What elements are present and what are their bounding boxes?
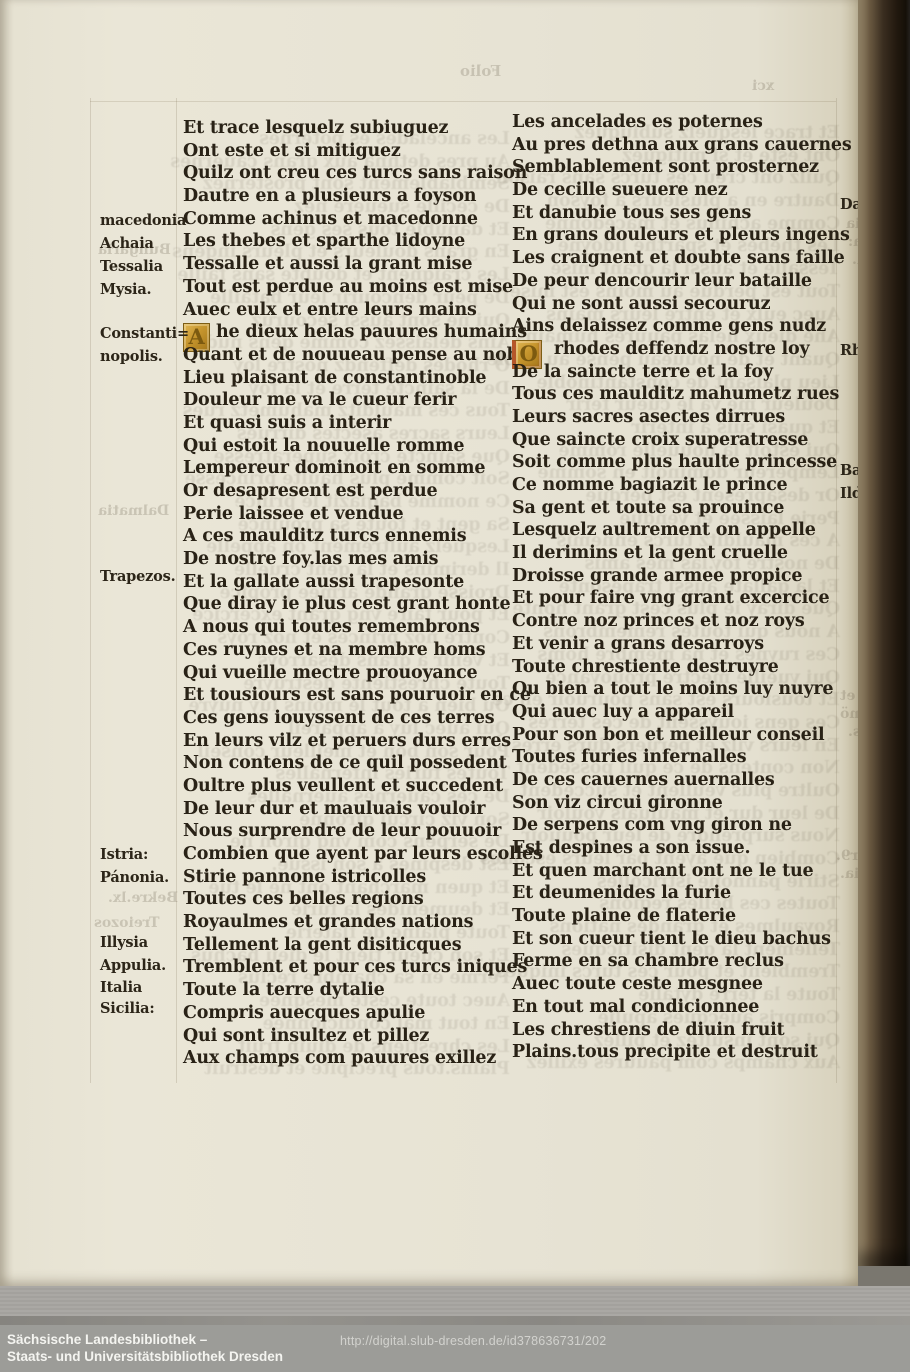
verse-line: Or desapresent est perdue <box>183 481 543 504</box>
verse-line: Plains.tous precipite et destruit <box>512 1042 852 1065</box>
margin-note: Constanti= <box>100 325 189 342</box>
verse-line: Qui estoit la nouuelle romme <box>183 436 543 459</box>
verse-line: Non contens de ce quil possedent <box>183 753 543 776</box>
verse-line: Et trace lesquelz subiuguez <box>183 118 543 141</box>
verse-line: Ce nomme bagiazit le prince <box>512 475 852 498</box>
verse-line: Qui vueille mectre prouoyance <box>183 663 543 686</box>
margin-note: Trapezos. <box>100 568 175 585</box>
verse-line: Compris auecques apulie <box>183 1003 543 1026</box>
verse-line: Ces ruynes et na membre homs <box>183 640 543 663</box>
verse-line: Qui sont insultez et pillez <box>183 1026 543 1049</box>
verse-line: Toute chrestiente destruyre <box>512 657 852 680</box>
verse-line: Combien que ayent par leurs escolles <box>183 844 543 867</box>
verse-line: O rhodes deffendz nostre loy <box>512 339 852 362</box>
verse-line: Toute la terre dytalie <box>183 980 543 1003</box>
verse-line: Et tousiours est sans pouruoir en ce <box>183 685 543 708</box>
verse-line: Au pres dethna aux grans cauernes <box>512 135 852 158</box>
verse-line: Et danubie tous ses gens <box>512 203 852 226</box>
verse-line: Ains delaissez comme gens nudz <box>512 316 852 339</box>
margin-note: nopolis. <box>100 348 163 365</box>
document-url: http://digital.slub-dresden.de/id3786367… <box>340 1334 606 1348</box>
bleedthrough-word: Folio <box>460 62 501 80</box>
verse-line: Ou bien a tout le moins luy nuyre <box>512 679 852 702</box>
verse-line: Tessalle et aussi la grant mise <box>183 254 543 277</box>
verse-line: Son viz circui gironne <box>512 793 852 816</box>
verse-line: Royaulmes et grandes nations <box>183 912 543 935</box>
verse-line: De la saincte terre et la foy <box>512 362 852 385</box>
ruling-line-left <box>90 98 91 1083</box>
verse-line: Les craignent et doubte sans faille <box>512 248 852 271</box>
scanner-cloth <box>0 1286 910 1316</box>
library-name-line1: Sächsische Landesbibliothek – <box>7 1331 283 1348</box>
margin-note: Italia <box>100 979 142 996</box>
verse-line: Contre noz princes et noz roys <box>512 611 852 634</box>
verse-line: Dautre en a plusieurs a foyson <box>183 186 543 209</box>
verse-line: Et la gallate aussi trapesonte <box>183 572 543 595</box>
verse-line: Ces gens iouyssent de ces terres <box>183 708 543 731</box>
verse-line: De peur dencourir leur bataille <box>512 271 852 294</box>
margin-note: Achaia <box>100 235 154 252</box>
verse-line: Soit comme plus haulte princesse <box>512 452 852 475</box>
text-column-left: Et trace lesquelz subiuguezOnt este et s… <box>183 118 543 1071</box>
verse-line: Toutes ces belles regions <box>183 889 543 912</box>
bleedthrough-word: Bekre.lx. <box>108 890 178 906</box>
verse-line: Les ancelades es poternes <box>512 112 852 135</box>
verse-line: Lempereur dominoit en somme <box>183 458 543 481</box>
verse-line: Que diray ie plus cest grant honte <box>183 594 543 617</box>
verse-line: Et venir a grans desarroys <box>512 634 852 657</box>
verse-line: Droisse grande armee propice <box>512 566 852 589</box>
verse-line: Auec toute ceste mesgnee <box>512 974 852 997</box>
verse-line: Nous surprendre de leur pouuoir <box>183 821 543 844</box>
book-page: Les ancelades es poternesAu pres dethna … <box>0 0 858 1286</box>
verse-line: Oultre plus veullent et succedent <box>183 776 543 799</box>
verse-line: Comme achinus et macedonne <box>183 209 543 232</box>
verse-line: A ces maulditz turcs ennemis <box>183 526 543 549</box>
bleedthrough-word: xci <box>752 78 774 94</box>
verse-line: Ahe dieux helas pauures humains <box>183 322 543 345</box>
verse-line: En leurs vilz et peruers durs erres <box>183 731 543 754</box>
margin-note: Illysia <box>100 934 148 951</box>
verse-line: Leurs sacres asectes dirrues <box>512 407 852 430</box>
verse-line: Les thebes et sparthe lidoyne <box>183 231 543 254</box>
library-name: Sächsische Landesbibliothek – Staats- un… <box>7 1331 283 1365</box>
shadow-band <box>0 1316 910 1325</box>
verse-line: Et son cueur tient le dieu bachus <box>512 929 852 952</box>
margin-note: Appulia. <box>100 957 166 974</box>
verse-line: Quant et de nouueau pense au noble <box>183 345 543 368</box>
text-column-right: Les ancelades es poternesAu pres dethna … <box>512 112 852 1065</box>
verse-line: Qui ne sont aussi secouruz <box>512 294 852 317</box>
verse-line: Sa gent et toute sa prouince <box>512 498 852 521</box>
verse-line: Perie laissee et vendue <box>183 504 543 527</box>
verse-line: Tremblent et pour ces turcs iniques <box>183 957 543 980</box>
margin-note: Istria: <box>100 846 148 863</box>
margin-note: Tessalia <box>100 258 163 275</box>
verse-line: Lesquelz aultrement on appelle <box>512 520 852 543</box>
margin-note: Sicilia: <box>100 1000 154 1017</box>
verse-line: Et quasi suis a interir <box>183 413 543 436</box>
verse-line: De ces cauernes auernalles <box>512 770 852 793</box>
verse-line: Est despines a son issue. <box>512 838 852 861</box>
verse-line: Qui auec luy a appareil <box>512 702 852 725</box>
scanned-book-viewer: Les ancelades es poternesAu pres dethna … <box>0 0 910 1372</box>
verse-line: Douleur me va le cueur ferir <box>183 390 543 413</box>
verse-line: De cecille sueuere nez <box>512 180 852 203</box>
verse-line: Ferme en sa chambre reclus <box>512 951 852 974</box>
bleedthrough-word: Treiozos <box>94 915 160 931</box>
footer-bar: Sächsische Landesbibliothek – Staats- un… <box>0 1325 910 1372</box>
verse-line: De leur dur et mauluais vouloir <box>183 799 543 822</box>
bleedthrough-word: Dalmatia <box>98 503 169 519</box>
verse-line: Quilz ont creu ces turcs sans raison <box>183 163 543 186</box>
margin-note: Pánonia. <box>100 869 169 886</box>
verse-line: Semblablement sont prosternez <box>512 157 852 180</box>
verse-line: Que saincte croix superatresse <box>512 430 852 453</box>
verse-line: A nous qui toutes remembrons <box>183 617 543 640</box>
verse-line: Toute plaine de flaterie <box>512 906 852 929</box>
verse-line: Lieu plaisant de constantinoble <box>183 368 543 391</box>
verse-line: Et quen marchant ont ne le tue <box>512 861 852 884</box>
verse-line: Toutes furies infernalles <box>512 747 852 770</box>
verse-line: Tous ces maulditz mahumetz rues <box>512 384 852 407</box>
verse-line: Et pour faire vng grant excercice <box>512 588 852 611</box>
verse-line: Tout est perdue au moins est mise <box>183 277 543 300</box>
book-fore-edge <box>858 0 910 1266</box>
ruling-line-top <box>90 101 836 102</box>
verse-line: Pour son bon et meilleur conseil <box>512 725 852 748</box>
verse-line: Ont este et si mitiguez <box>183 141 543 164</box>
library-name-line2: Staats- und Universitätsbibliothek Dresd… <box>7 1348 283 1365</box>
verse-line: De serpens com vng giron ne <box>512 815 852 838</box>
verse-line: Et deumenides la furie <box>512 883 852 906</box>
verse-line: Il derimins et la gent cruelle <box>512 543 852 566</box>
margin-note: Mysia. <box>100 281 151 298</box>
verse-line: Auec eulx et entre leurs mains <box>183 300 543 323</box>
verse-line: Aux champs com pauures exillez <box>183 1048 543 1071</box>
verse-line: En grans douleurs et pleurs ingens <box>512 225 852 248</box>
verse-line: Les chrestiens de diuin fruit <box>512 1020 852 1043</box>
verse-line: En tout mal condicionnee <box>512 997 852 1020</box>
verse-line: Tellement la gent disiticques <box>183 935 543 958</box>
verse-line: Stirie pannone istricolles <box>183 867 543 890</box>
margin-note: macedonia <box>100 212 186 229</box>
verse-line: De nostre foy.las mes amis <box>183 549 543 572</box>
